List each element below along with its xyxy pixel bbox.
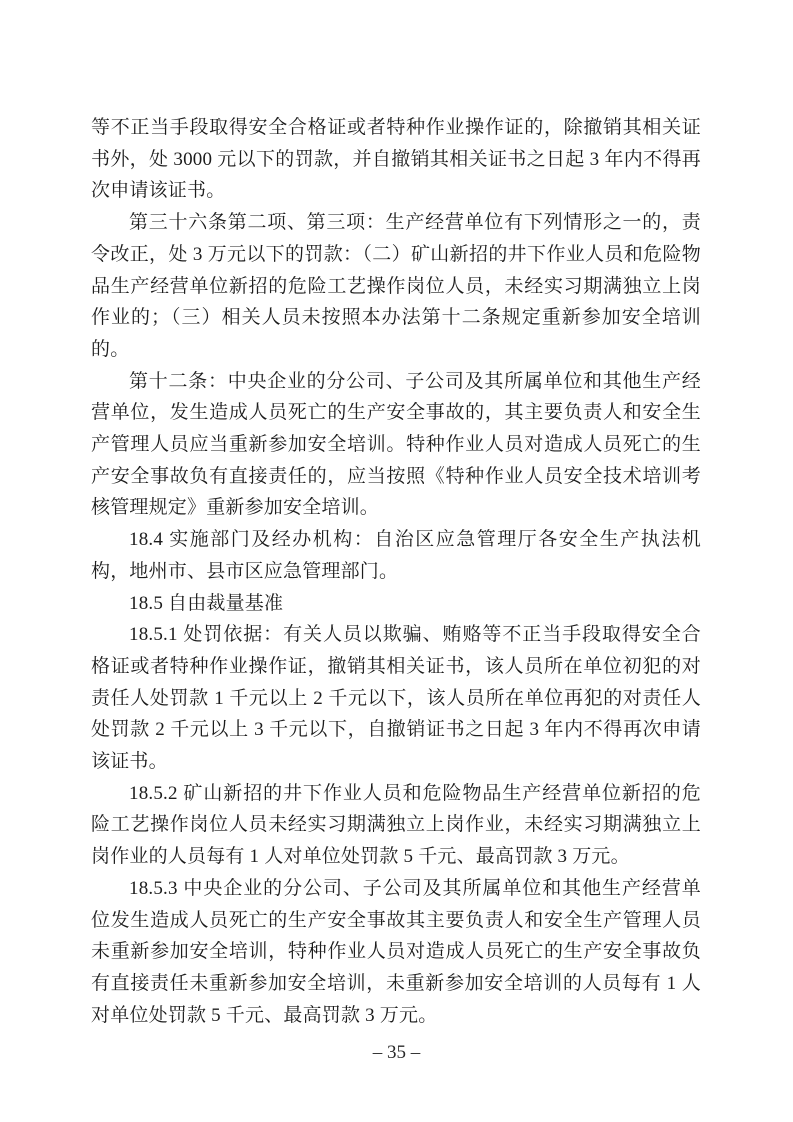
- paragraph-continuation: 等不正当手段取得安全合格证或者特种作业操作证的，除撤销其相关证书外，处 3000…: [91, 112, 701, 207]
- paragraph-article-36: 第三十六条第二项、第三项：生产经营单位有下列情形之一的，责令改正，处 3 万元以…: [91, 207, 701, 366]
- paragraph-article-12: 第十二条：中央企业的分公司、子公司及其所属单位和其他生产经营单位，发生造成人员死…: [91, 366, 701, 525]
- document-page: 等不正当手段取得安全合格证或者特种作业操作证的，除撤销其相关证书外，处 3000…: [0, 0, 793, 1122]
- paragraph-section-18-5-2: 18.5.2 矿山新招的井下作业人员和危险物品生产经营单位新招的危险工艺操作岗位…: [91, 778, 701, 873]
- paragraph-section-18-5: 18.5 自由裁量基准: [91, 588, 701, 620]
- paragraph-section-18-5-1: 18.5.1 处罚依据：有关人员以欺骗、贿赂等不正当手段取得安全合格证或者特种作…: [91, 619, 701, 778]
- page-number: – 35 –: [373, 1042, 421, 1063]
- paragraph-section-18-5-3: 18.5.3 中央企业的分公司、子公司及其所属单位和其他生产经营单位发生造成人员…: [91, 873, 701, 1032]
- paragraph-section-18-4: 18.4 实施部门及经办机构：自治区应急管理厅各安全生产执法机构，地州市、县市区…: [91, 524, 701, 587]
- document-body: 等不正当手段取得安全合格证或者特种作业操作证的，除撤销其相关证书外，处 3000…: [91, 112, 701, 1031]
- page-footer: – 35 –: [0, 1041, 793, 1065]
